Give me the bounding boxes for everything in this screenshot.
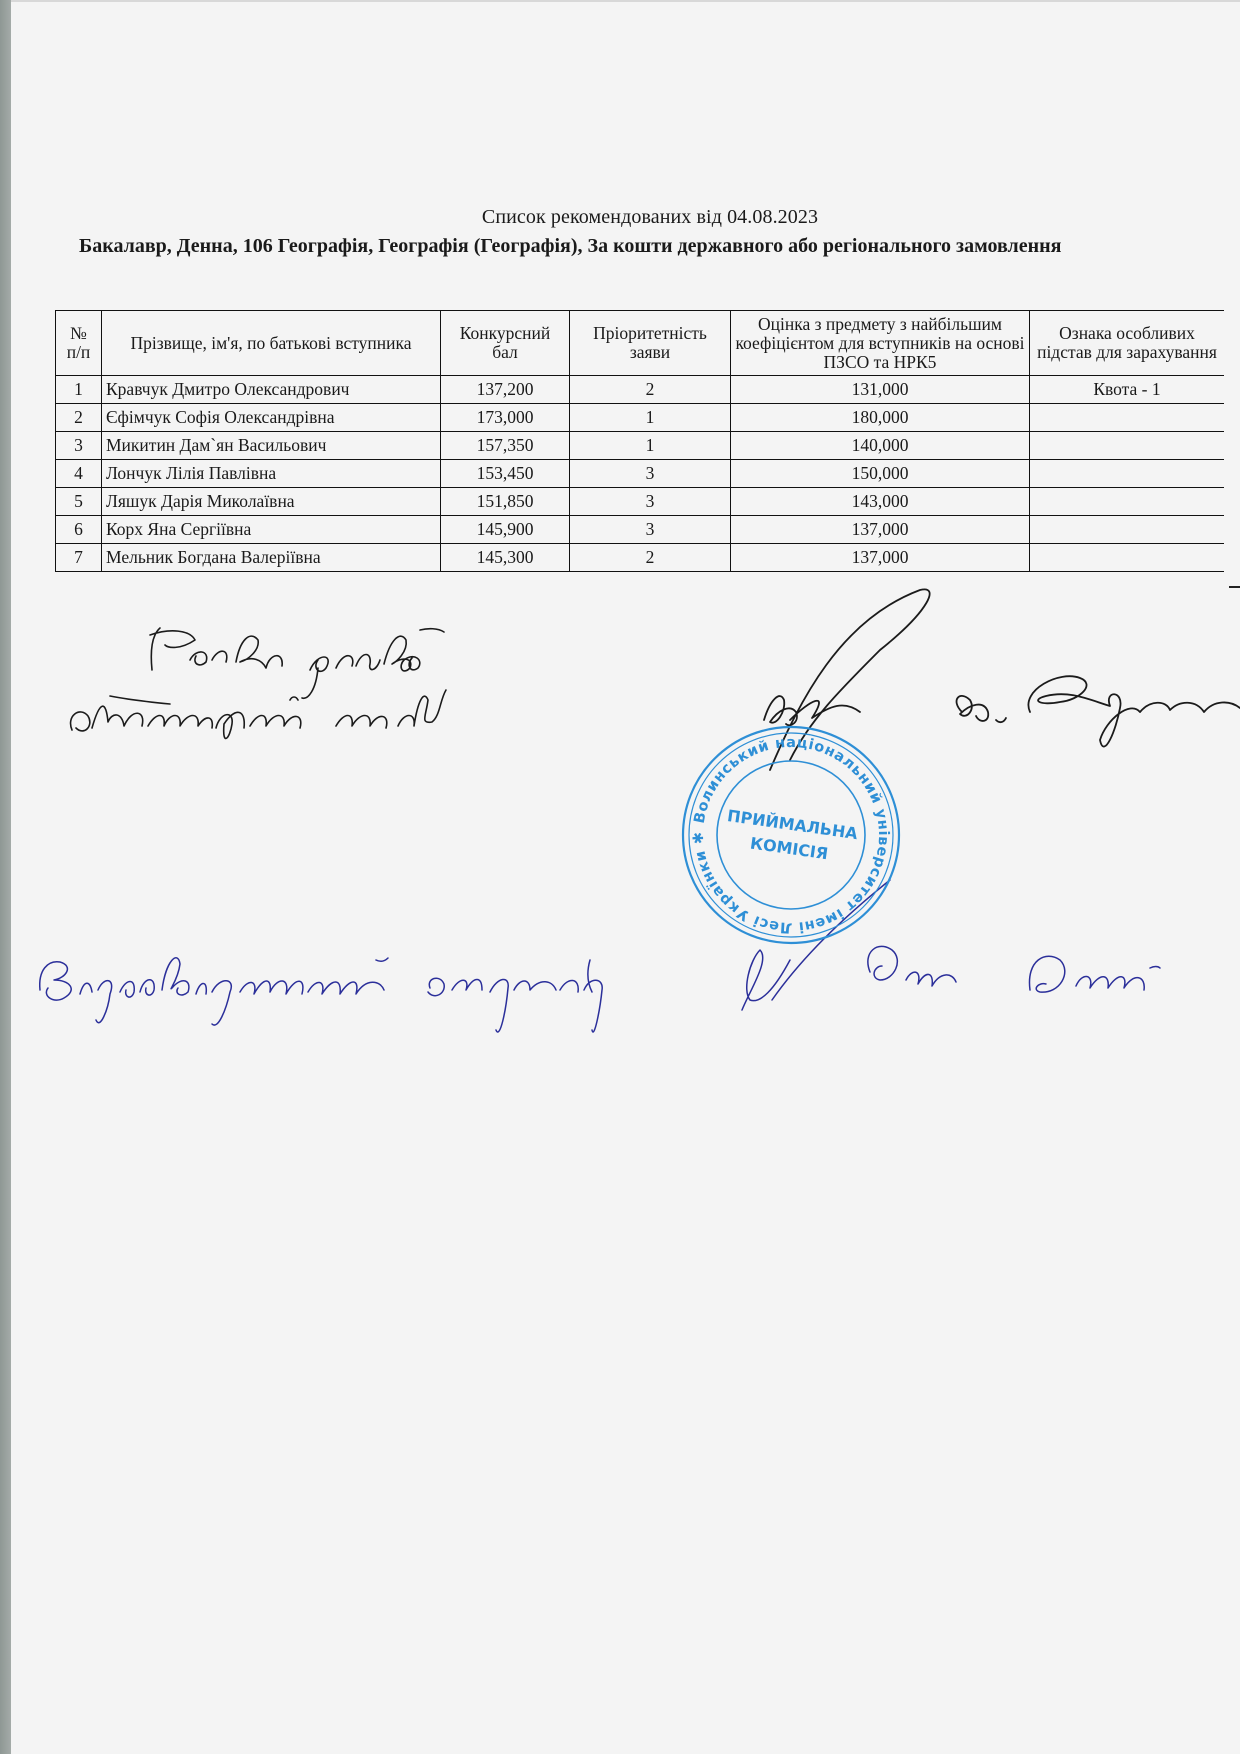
table-row: 5Ляшук Дарія Миколаївна151,8503143,000 <box>56 488 1225 516</box>
row-number: 1 <box>56 376 102 404</box>
subject-score: 137,000 <box>731 516 1030 544</box>
table-trailing-dash <box>1229 586 1240 588</box>
special-grounds <box>1030 488 1225 516</box>
row-number: 4 <box>56 460 102 488</box>
special-grounds <box>1030 516 1225 544</box>
application-priority: 1 <box>570 404 731 432</box>
table-row: 4Лончук Лілія Павлівна153,4503150,000 <box>56 460 1225 488</box>
special-grounds: Квота - 1 <box>1030 376 1225 404</box>
competitive-score: 145,900 <box>441 516 570 544</box>
row-number: 3 <box>56 432 102 460</box>
subject-score: 143,000 <box>731 488 1030 516</box>
table-row: 6Корх Яна Сергіївна145,9003137,000 <box>56 516 1225 544</box>
subject-score: 140,000 <box>731 432 1030 460</box>
stamp-center-line2: КОМІСІЯ <box>749 833 829 863</box>
document-subtitle: Бакалавр, Денна, 106 Географія, Географі… <box>52 232 1232 260</box>
applicant-name: Кравчук Дмитро Олександрович <box>102 376 441 404</box>
table-row: 1Кравчук Дмитро Олександрович137,2002131… <box>56 376 1225 404</box>
applicant-name: Мельник Богдана Валеріївна <box>102 544 441 572</box>
subject-score: 180,000 <box>731 404 1030 432</box>
header-number: №п/п <box>56 311 102 376</box>
competitive-score: 137,200 <box>441 376 570 404</box>
recommended-list-table: №п/п Прізвище, ім'я, по батькові вступни… <box>55 310 1224 572</box>
special-grounds <box>1030 404 1225 432</box>
application-priority: 1 <box>570 432 731 460</box>
header-name: Прізвище, ім'я, по батькові вступника <box>102 311 441 376</box>
header-priority: Пріоритетність заяви <box>570 311 731 376</box>
secretary-role-handwriting <box>40 880 1160 1032</box>
stamp-center-line1: ПРИЙМАЛЬНА <box>726 806 859 843</box>
special-grounds <box>1030 460 1225 488</box>
applicant-name: Єфімчук Софія Олександрівна <box>102 404 441 432</box>
admission-committee-stamp: Волинський національний університет імен… <box>676 720 906 950</box>
applicant-name: Ляшук Дарія Миколаївна <box>102 488 441 516</box>
table-row: 7Мельник Богдана Валеріївна145,3002137,0… <box>56 544 1225 572</box>
subject-score: 150,000 <box>731 460 1030 488</box>
handwritten-signatures <box>0 0 1240 1754</box>
competitive-score: 145,300 <box>441 544 570 572</box>
row-number: 2 <box>56 404 102 432</box>
applicant-name: Микитин Дам`ян Васильович <box>102 432 441 460</box>
application-priority: 3 <box>570 488 731 516</box>
scan-top-edge <box>11 0 1240 2</box>
document-title: Список рекомендованих від 04.08.2023 <box>0 206 1240 229</box>
competitive-score: 151,850 <box>441 488 570 516</box>
competitive-score: 157,350 <box>441 432 570 460</box>
svg-text:Волинський національний універ: Волинський національний університет імен… <box>691 735 891 935</box>
row-number: 7 <box>56 544 102 572</box>
header-subject-score: Оцінка з предмету з найбільшим коефіцієн… <box>731 311 1030 376</box>
competitive-score: 173,000 <box>441 404 570 432</box>
row-number: 6 <box>56 516 102 544</box>
header-special-grounds: Ознака особливих підстав для зарахування <box>1030 311 1225 376</box>
application-priority: 3 <box>570 516 731 544</box>
scan-edge <box>0 0 11 1754</box>
applicant-name: Корх Яна Сергіївна <box>102 516 441 544</box>
application-priority: 2 <box>570 376 731 404</box>
subject-score: 137,000 <box>731 544 1030 572</box>
special-grounds <box>1030 432 1225 460</box>
table-row: 2Єфімчук Софія Олександрівна173,0001180,… <box>56 404 1225 432</box>
header-score: Конкурсний бал <box>441 311 570 376</box>
special-grounds <box>1030 544 1225 572</box>
competitive-score: 153,450 <box>441 460 570 488</box>
chair-role-handwriting <box>150 628 444 698</box>
application-priority: 3 <box>570 460 731 488</box>
applicant-name: Лончук Лілія Павлівна <box>102 460 441 488</box>
application-priority: 2 <box>570 544 731 572</box>
table-header-row: №п/п Прізвище, ім'я, по батькові вступни… <box>56 311 1225 376</box>
row-number: 5 <box>56 488 102 516</box>
stamp-ring-text: Волинський національний університет імен… <box>691 735 891 935</box>
subject-score: 131,000 <box>731 376 1030 404</box>
table-row: 3Микитин Дам`ян Васильович157,3501140,00… <box>56 432 1225 460</box>
